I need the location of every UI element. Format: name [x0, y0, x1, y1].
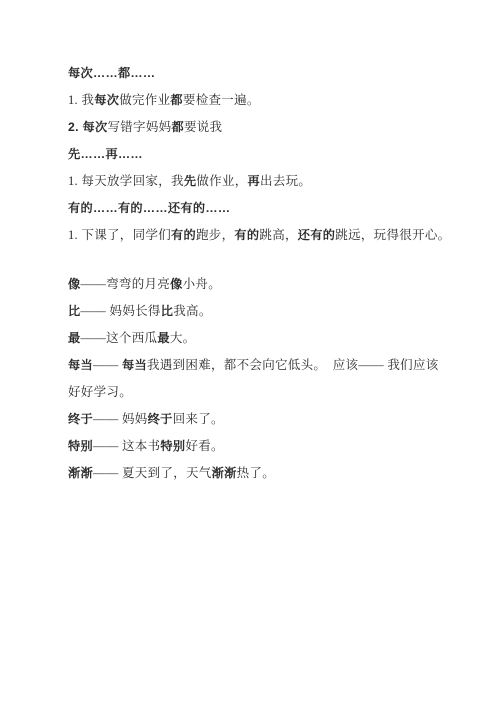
- body-text: 我高。: [173, 304, 211, 318]
- body-text: 热了。: [237, 466, 275, 480]
- text-line: 像——弯弯的月亮像小舟。: [68, 271, 440, 298]
- body-text: —— 妈妈长得: [81, 304, 161, 318]
- text-line: 先……再……: [68, 141, 440, 168]
- emphasis-text: 2. 每次: [68, 120, 107, 134]
- text-line: 1. 我每次做完作业都要检查一遍。: [68, 87, 440, 114]
- body-text: 回来了。: [173, 412, 224, 426]
- body-text: 做完作业: [119, 93, 170, 107]
- body-text: —— 这本书: [93, 439, 160, 453]
- body-text: 1. 我: [68, 93, 94, 107]
- body-text: 跑步，: [196, 228, 234, 242]
- worksheet-page: 每次……都……1. 我每次做完作业都要检查一遍。2. 每次写错字妈妈都要说我先……: [0, 0, 500, 708]
- body-text: ——: [93, 358, 122, 372]
- body-text: 我遇到困难，都不会向它低头。 应该—— 我们应该: [147, 358, 439, 372]
- emphasis-text: 先……再……: [68, 147, 143, 161]
- emphasis-text: 比: [161, 304, 174, 318]
- emphasis-text: 特别: [68, 439, 93, 453]
- body-text: 出去玩。: [260, 174, 311, 188]
- body-text: 跳远，玩得很开心。: [335, 228, 450, 242]
- body-text: 写错字妈妈: [107, 120, 171, 134]
- body-text: 好好学习。: [68, 385, 132, 399]
- document-body: 每次……都……1. 我每次做完作业都要检查一遍。2. 每次写错字妈妈都要说我先……: [68, 60, 440, 487]
- body-text: —— 妈妈: [93, 412, 148, 426]
- emphasis-text: 都: [171, 120, 184, 134]
- body-text: 要检查一遍。: [183, 93, 260, 107]
- emphasis-text: 最: [68, 331, 81, 345]
- text-line: 特别—— 这本书特别好看。: [68, 433, 440, 460]
- body-text: 1. 下课了，同学们: [68, 228, 171, 242]
- text-line: 每次……都……: [68, 60, 440, 87]
- section-word-usage-examples: 像——弯弯的月亮像小舟。比—— 妈妈长得比我高。最——这个西瓜最大。每当—— 每…: [68, 271, 440, 487]
- emphasis-text: 还有的: [298, 228, 335, 242]
- emphasis-text: 像: [170, 277, 183, 291]
- emphasis-text: 终于: [148, 412, 173, 426]
- body-text: 小舟。: [183, 277, 221, 291]
- emphasis-text: 渐渐: [68, 466, 93, 480]
- emphasis-text: 有的: [234, 228, 259, 242]
- body-text: 1. 每天放学回家，我: [68, 174, 184, 188]
- text-line: 终于—— 妈妈终于回来了。: [68, 406, 440, 433]
- text-line: 有的……有的……还有的……: [68, 195, 440, 222]
- emphasis-text: 每当: [68, 358, 93, 372]
- emphasis-text: 先: [184, 174, 197, 188]
- body-text: 要说我: [184, 120, 222, 134]
- text-line: 比—— 妈妈长得比我高。: [68, 298, 440, 325]
- body-text: 好看。: [185, 439, 223, 453]
- emphasis-text: 渐渐: [212, 466, 237, 480]
- emphasis-text: 最: [157, 331, 170, 345]
- body-text: 做作业，: [196, 174, 247, 188]
- body-text: ——这个西瓜: [81, 331, 158, 345]
- emphasis-text: 终于: [68, 412, 93, 426]
- text-line: 最——这个西瓜最大。: [68, 325, 440, 352]
- emphasis-text: 每次……都……: [68, 66, 155, 80]
- text-line: 1. 每天放学回家，我先做作业，再出去玩。: [68, 168, 440, 195]
- body-text: ——弯弯的月亮: [81, 277, 171, 291]
- emphasis-text: 像: [68, 277, 81, 291]
- text-line: 1. 下课了，同学们有的跑步，有的跳高，还有的跳远，玩得很开心。: [68, 222, 440, 249]
- emphasis-text: 比: [68, 304, 81, 318]
- text-line: 好好学习。: [68, 379, 440, 406]
- emphasis-text: 再: [248, 174, 261, 188]
- body-text: —— 夏天到了，天气: [93, 466, 212, 480]
- emphasis-text: 特别: [160, 439, 185, 453]
- emphasis-text: 都: [170, 93, 183, 107]
- text-line: 每当—— 每当我遇到困难，都不会向它低头。 应该—— 我们应该: [68, 352, 440, 379]
- text-line: 2. 每次写错字妈妈都要说我: [68, 114, 440, 141]
- emphasis-text: 每次: [94, 93, 119, 107]
- body-text: 大。: [170, 331, 196, 345]
- emphasis-text: 有的: [171, 228, 196, 242]
- body-text: 跳高，: [259, 228, 297, 242]
- emphasis-text: 每当: [122, 358, 147, 372]
- emphasis-text: 有的……有的……还有的……: [68, 201, 230, 215]
- text-line: 渐渐—— 夏天到了，天气渐渐热了。: [68, 460, 440, 487]
- section-sentence-patterns: 每次……都……1. 我每次做完作业都要检查一遍。2. 每次写错字妈妈都要说我先……: [68, 60, 440, 249]
